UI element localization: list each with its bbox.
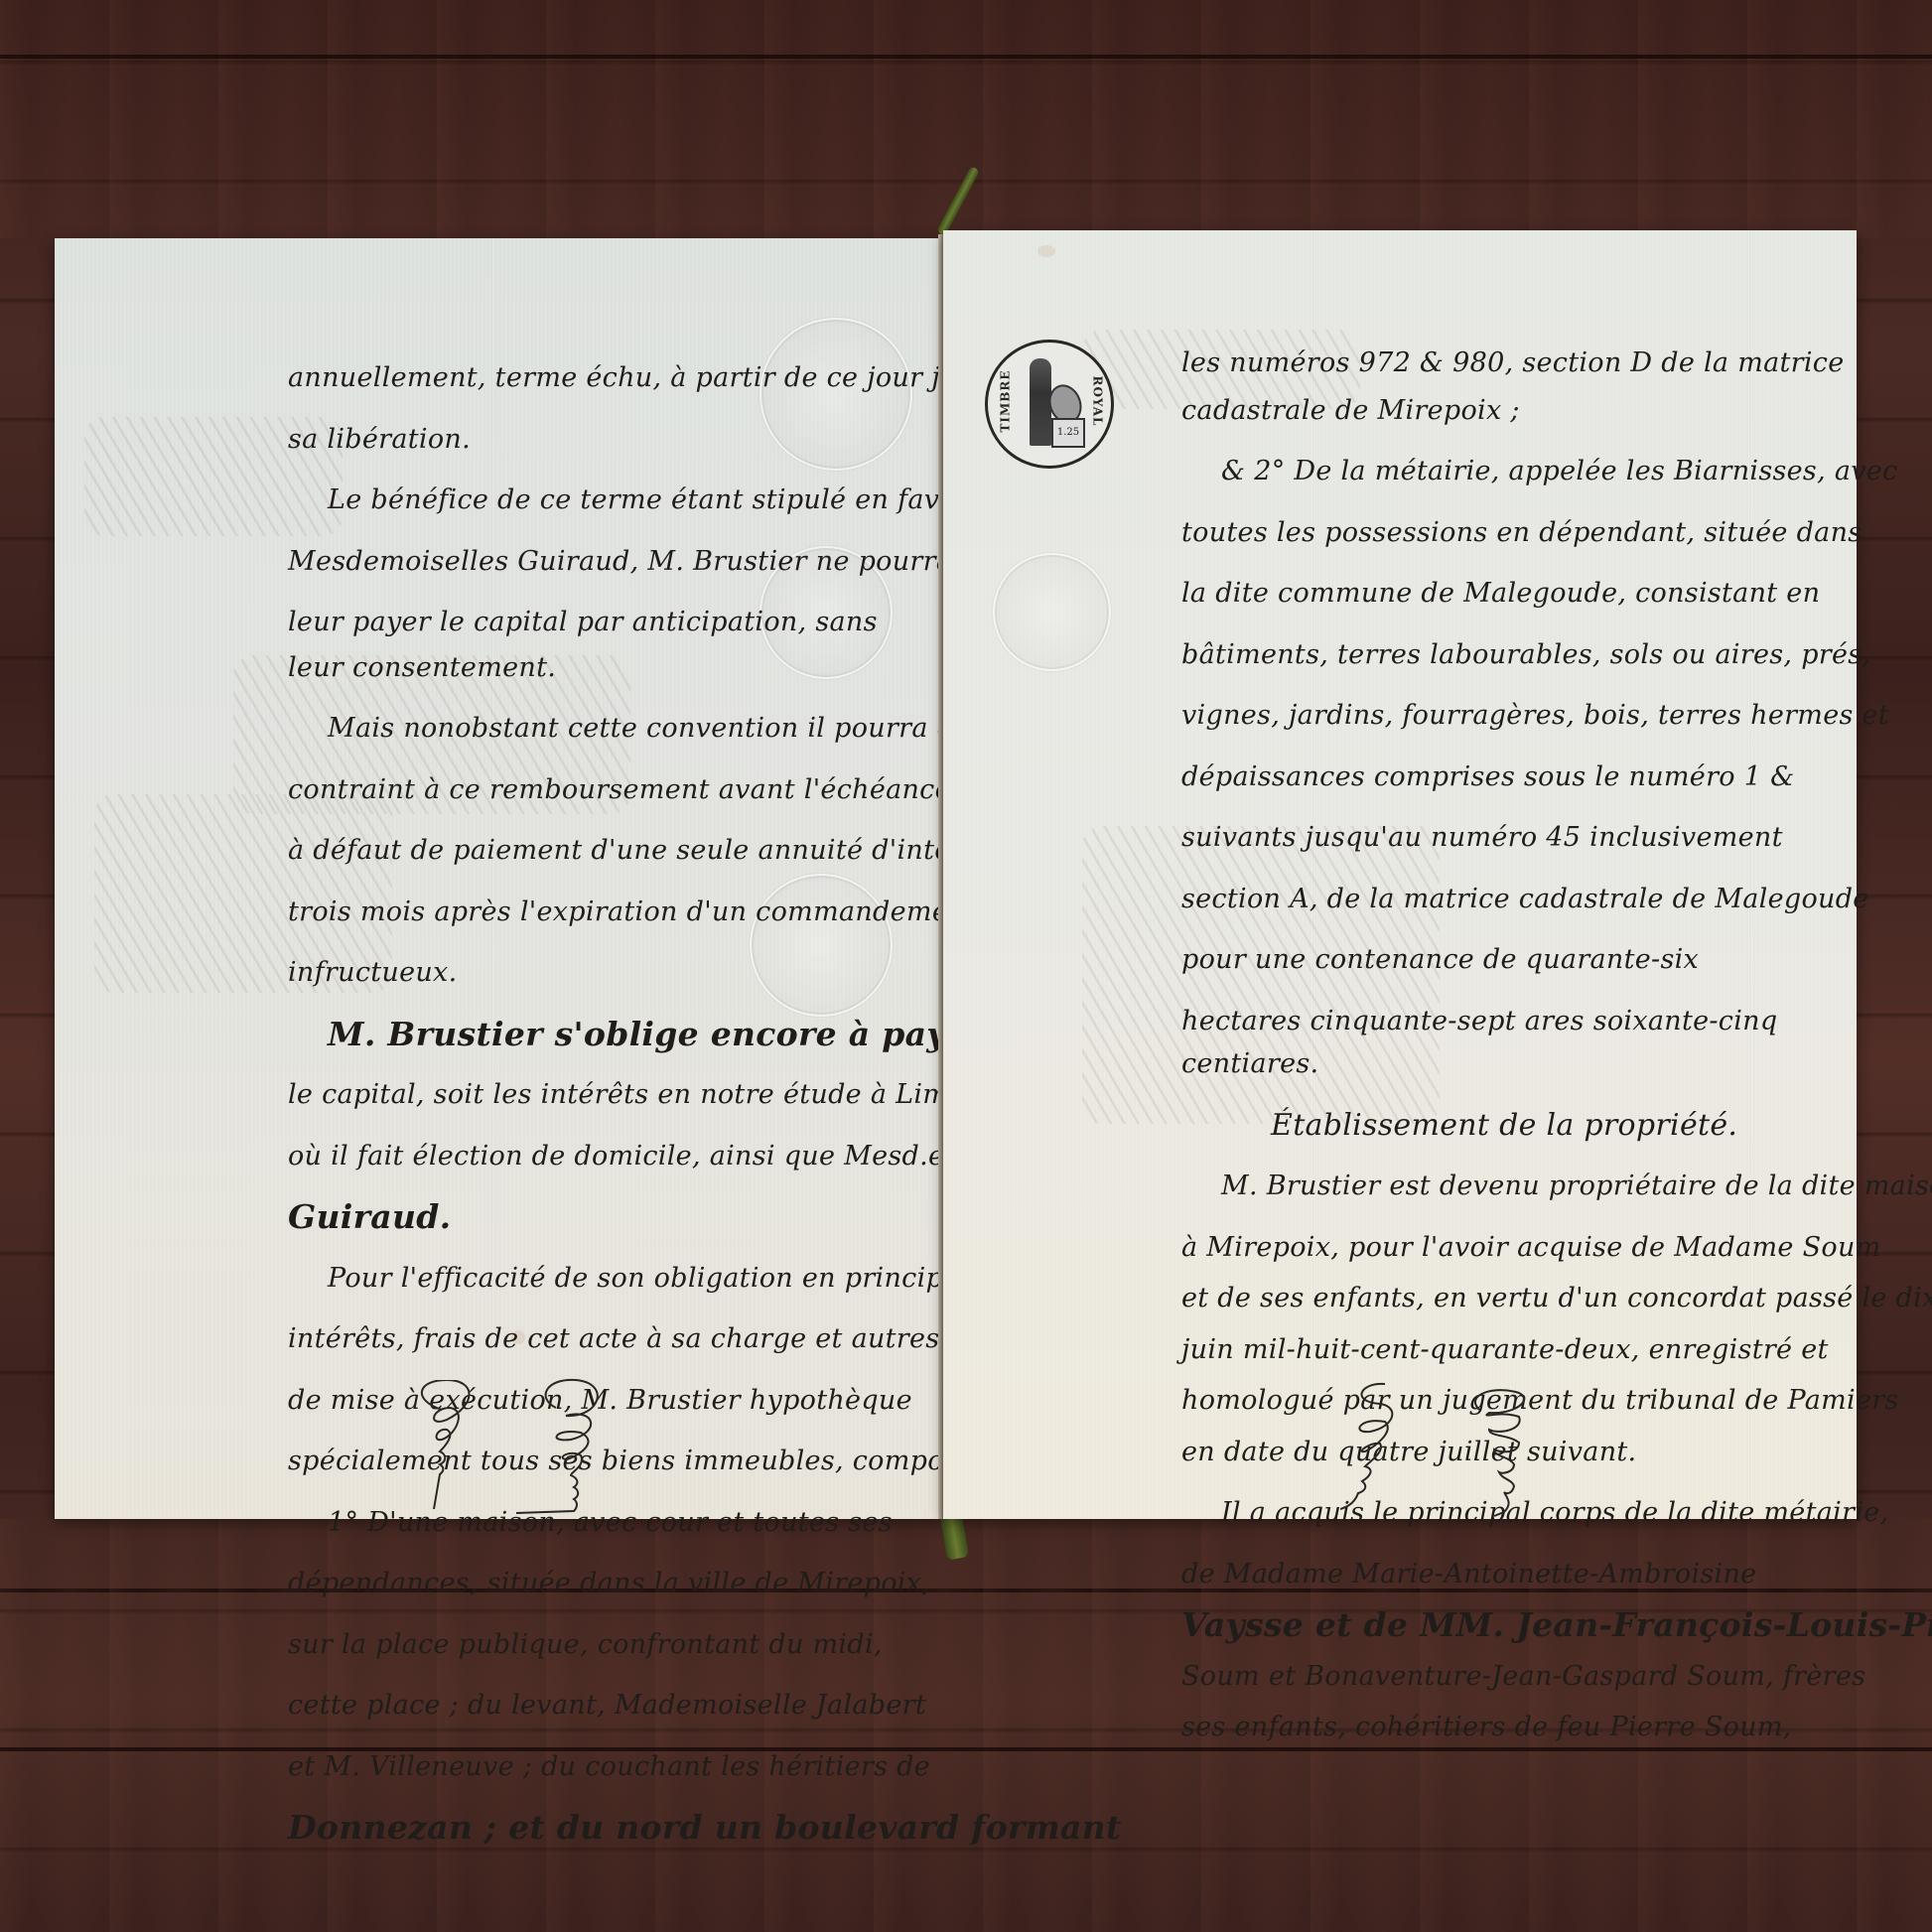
text-line: Il a acquis le principal corps de la dit…: [1181, 1482, 1932, 1544]
text-line: toutes les possessions en dépendant, sit…: [1181, 502, 1932, 564]
foxing-stain: [1037, 245, 1055, 257]
text-line: section A, de la matrice cadastrale de M…: [1181, 869, 1932, 930]
stamp-text-royal: ROYAL: [1091, 376, 1105, 427]
text-line: Donnezan ; et du nord un boulevard forma…: [288, 1797, 1121, 1859]
timbre-royal-stamp: TIMBRE ROYAL 1.25: [985, 340, 1114, 469]
text-line: la dite commune de Malegoude, consistant…: [1181, 563, 1932, 624]
text-line: & 2° De la métairie, appelée les Biarnis…: [1181, 441, 1932, 502]
right-page-text: les numéros 972 & 980, section D de la m…: [1181, 333, 1932, 1758]
text-line: cette place ; du levant, Mademoiselle Ja…: [288, 1675, 1121, 1736]
signature-flourish-icon: [1340, 1382, 1410, 1521]
wood-plank-seam: [0, 55, 1932, 59]
wood-grain-top: [0, 0, 1932, 238]
signature-flourish-icon: [412, 1380, 482, 1519]
embossed-seal: [993, 553, 1111, 671]
stamp-denomination: 1.25: [1051, 418, 1085, 448]
text-line: pour une contenance de quarante-six: [1181, 929, 1932, 991]
text-line: bâtiments, terres labourables, sols ou a…: [1181, 624, 1932, 686]
section-heading: Établissement de la propriété.: [1181, 1095, 1932, 1157]
text-line: M. Brustier est devenu propriétaire de l…: [1181, 1156, 1932, 1217]
text-line: dépaissances comprises sous le numéro 1 …: [1181, 747, 1932, 808]
text-line: dépendances, située dans la ville de Mir…: [288, 1553, 1121, 1614]
text-line: suivants jusqu'au numéro 45 inclusivemen…: [1181, 807, 1932, 869]
text-line: et M. Villeneuve ; du couchant les hérit…: [288, 1736, 1121, 1798]
text-line: sur la place publique, confrontant du mi…: [288, 1614, 1121, 1676]
stamp-text-timbre: TIMBRE: [999, 369, 1013, 432]
signature-flourish-icon: [1464, 1385, 1544, 1524]
text-line: vignes, jardins, fourragères, bois, terr…: [1181, 685, 1932, 747]
signature-flourish-icon: [516, 1378, 625, 1527]
